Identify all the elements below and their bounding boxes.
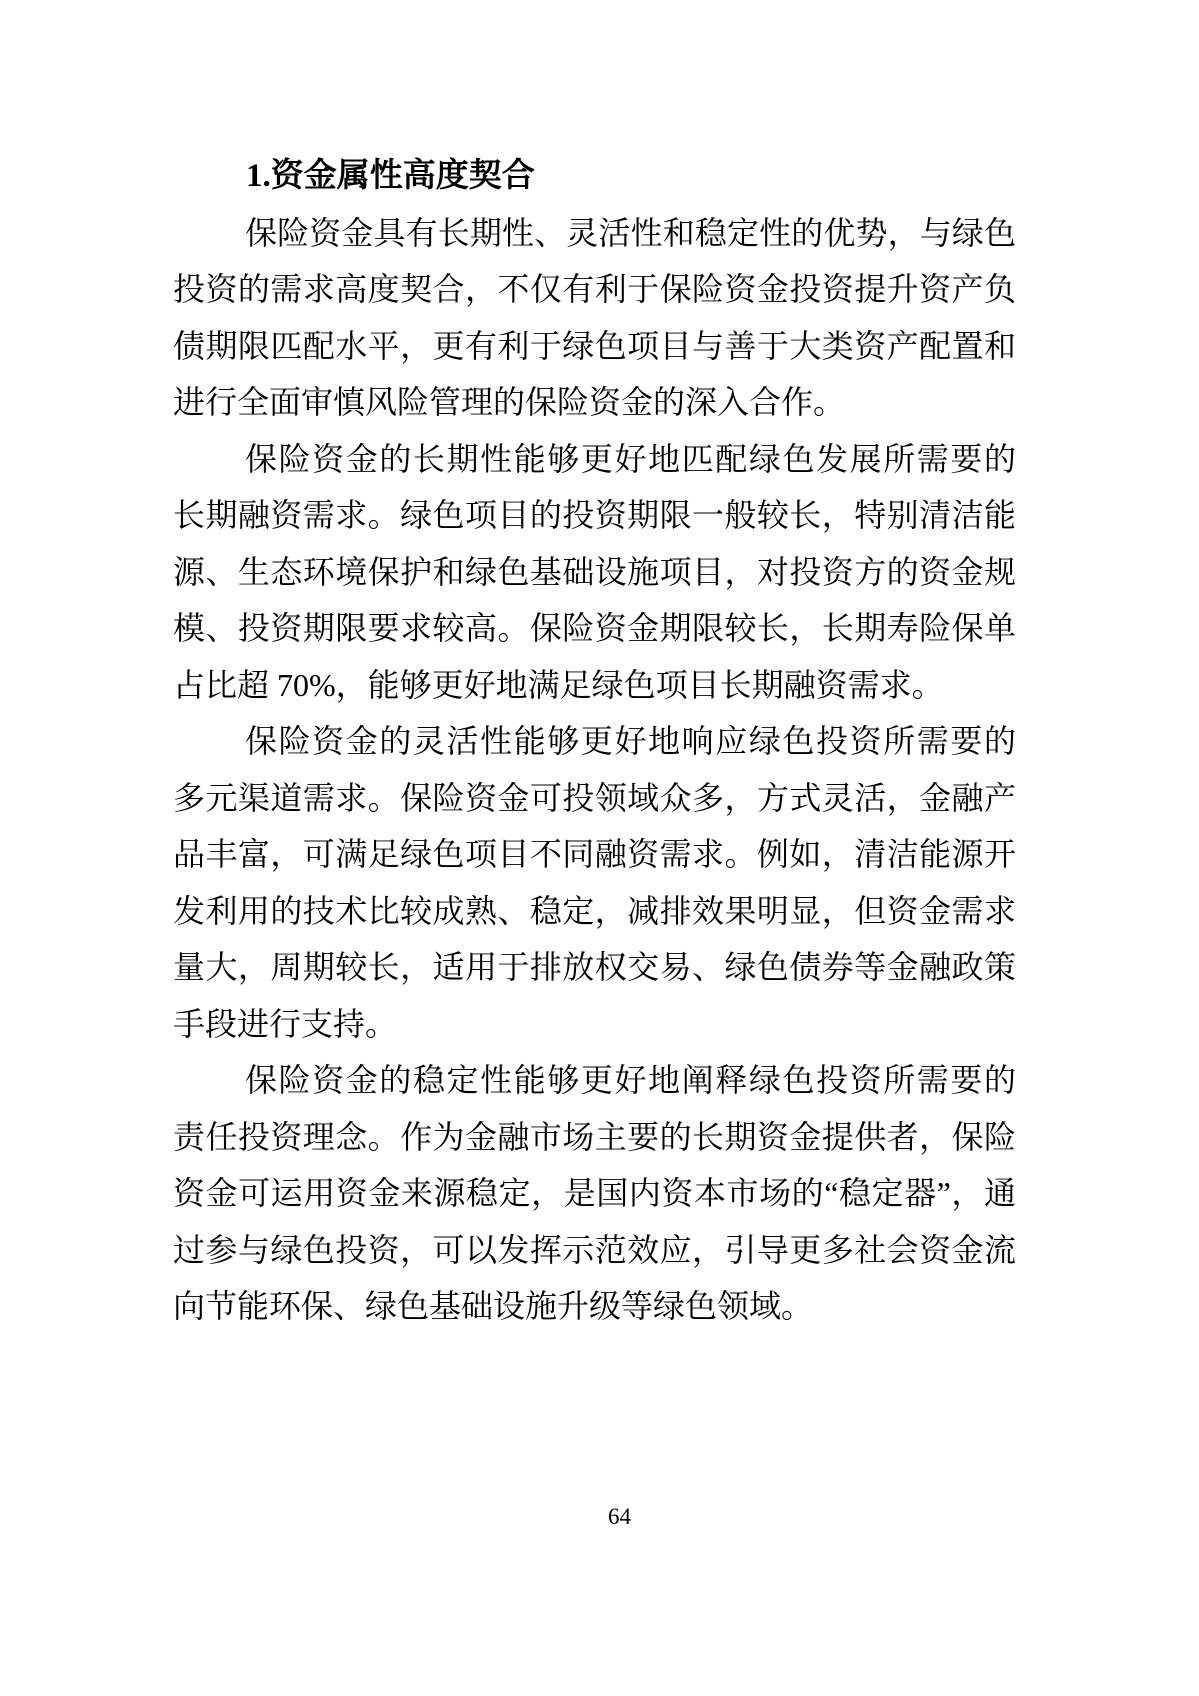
text-line: 责任投资理念。作为金融市场主要的长期资金提供者，保险 xyxy=(173,1109,1016,1166)
text-line: 保险资金的灵活性能够更好地响应绿色投资所需要的 xyxy=(173,713,1016,770)
text-line: 投资的需求高度契合，不仅有利于保险资金投资提升资产负 xyxy=(173,261,1016,318)
text-line: 源、生态环境保护和绿色基础设施项目，对投资方的资金规 xyxy=(173,544,1016,601)
text-line: 保险资金的稳定性能够更好地阐释绿色投资所需要的 xyxy=(173,1052,1016,1109)
paragraph: 保险资金的稳定性能够更好地阐释绿色投资所需要的责任投资理念。作为金融市场主要的长… xyxy=(173,1052,1016,1335)
paragraph: 保险资金具有长期性、灵活性和稳定性的优势，与绿色投资的需求高度契合，不仅有利于保… xyxy=(173,205,1016,431)
text-line: 过参与绿色投资，可以发挥示范效应，引导更多社会资金流 xyxy=(173,1222,1016,1279)
text-line: 向节能环保、绿色基础设施升级等绿色领域。 xyxy=(173,1278,1016,1335)
paragraph: 保险资金的灵活性能够更好地响应绿色投资所需要的多元渠道需求。保险资金可投领域众多… xyxy=(173,713,1016,1052)
document-body: 1.资金属性高度契合 保险资金具有长期性、灵活性和稳定性的优势，与绿色投资的需求… xyxy=(173,148,1016,1335)
text-line: 长期融资需求。绿色项目的投资期限一般较长，特别清洁能 xyxy=(173,487,1016,544)
text-line: 债期限匹配水平，更有利于绿色项目与善于大类资产配置和 xyxy=(173,318,1016,375)
text-line: 模、投资期限要求较高。保险资金期限较长，长期寿险保单 xyxy=(173,600,1016,657)
text-line: 进行全面审慎风险管理的保险资金的深入合作。 xyxy=(173,374,1016,431)
text-line: 占比超 70%，能够更好地满足绿色项目长期融资需求。 xyxy=(173,657,1016,714)
text-line: 保险资金具有长期性、灵活性和稳定性的优势，与绿色 xyxy=(173,205,1016,262)
text-line: 品丰富，可满足绿色项目不同融资需求。例如，清洁能源开 xyxy=(173,826,1016,883)
text-line: 发利用的技术比较成熟、稳定，减排效果明显，但资金需求 xyxy=(173,883,1016,940)
document-page: 1.资金属性高度契合 保险资金具有长期性、灵活性和稳定性的优势，与绿色投资的需求… xyxy=(0,0,1199,1696)
text-line: 多元渠道需求。保险资金可投领域众多，方式灵活，金融产 xyxy=(173,770,1016,827)
page-number: 64 xyxy=(0,1503,1199,1531)
text-line: 手段进行支持。 xyxy=(173,996,1016,1053)
paragraphs-container: 保险资金具有长期性、灵活性和稳定性的优势，与绿色投资的需求高度契合，不仅有利于保… xyxy=(173,205,1016,1335)
text-line: 资金可运用资金来源稳定，是国内资本市场的“稳定器”，通 xyxy=(173,1165,1016,1222)
paragraph: 保险资金的长期性能够更好地匹配绿色发展所需要的长期融资需求。绿色项目的投资期限一… xyxy=(173,431,1016,714)
section-heading: 1.资金属性高度契合 xyxy=(173,148,1016,205)
text-line: 量大，周期较长，适用于排放权交易、绿色债券等金融政策 xyxy=(173,939,1016,996)
text-line: 保险资金的长期性能够更好地匹配绿色发展所需要的 xyxy=(173,431,1016,488)
